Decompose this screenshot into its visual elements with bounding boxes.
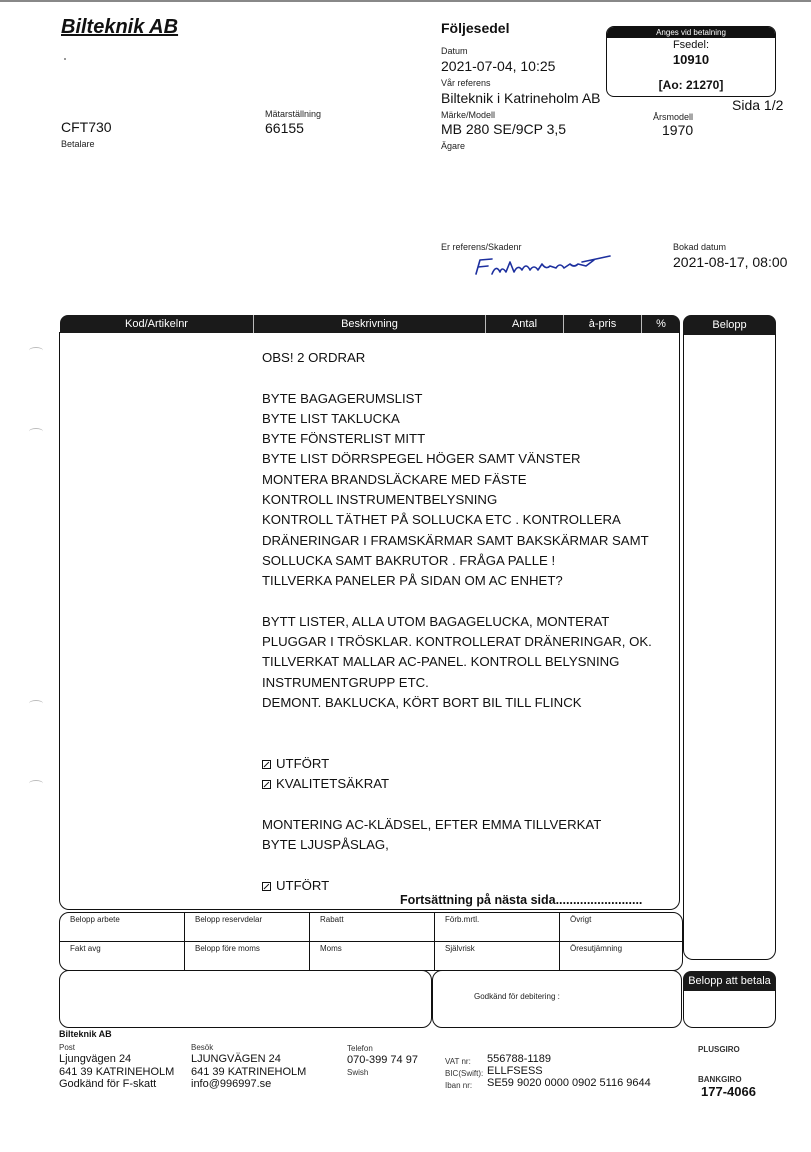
column-header-code: Kod/Artikelnr [60,315,254,333]
punch-mark [29,780,43,787]
description-lines: OBS! 2 ORDRARBYTE BAGAGERUMSLISTBYTE LIS… [262,348,682,896]
description-line [262,855,682,875]
description-text: BYTE LJUSPÅSLAG, [262,837,389,852]
description-line: UTFÖRT [262,754,682,774]
description-line: KONTROLL TÄTHET PÅ SOLLUCKA ETC . KONTRO… [262,510,682,530]
description-line: BYTE BAGAGERUMSLIST [262,389,682,409]
description-line: BYTE FÖNSTERLIST MITT [262,429,682,449]
punch-mark [29,428,43,435]
amount-column [683,334,776,960]
description-text: OBS! 2 ORDRAR [262,350,365,365]
phone-label: Telefon [347,1044,373,1053]
checked-box-icon [262,760,271,769]
description-line: KVALITETSÄKRAT [262,774,682,794]
amount-due-box [683,990,776,1028]
vat-label: Moms [310,942,435,971]
model-year-label: Årsmodell [653,112,693,122]
plusgiro-label: PLUSGIRO [698,1045,740,1054]
description-text: KONTROLL INSTRUMENTBELYSNING [262,492,497,507]
description-line [262,368,682,388]
email-link[interactable]: info@996997.se [191,1078,306,1091]
description-line: BYTT LISTER, ALLA UTOM BAGAGELUCKA, MONT… [262,612,682,632]
description-line: OBS! 2 ORDRAR [262,348,682,368]
continuation-note: Fortsättning på nästa sida..............… [400,893,642,907]
page-indicator: Sida 1/2 [732,97,783,113]
description-text: KVALITETSÄKRAT [276,776,389,791]
bankgiro-value: 177-4066 [701,1084,756,1099]
column-header-description: Beskrivning [254,315,486,333]
fsedel-number: 10910 [607,52,775,67]
handwritten-signature [470,252,620,282]
description-line: INSTRUMENTGRUPP ETC. [262,673,682,693]
odometer-value: 66155 [265,120,304,136]
description-line: TILLVERKAT MALLAR AC-PANEL. KONTROLL BEL… [262,652,682,672]
description-text: UTFÖRT [276,878,329,893]
description-text: MONTERING AC-KLÄDSEL, EFTER EMMA TILLVER… [262,817,601,832]
description-text: MONTERA BRANDSLÄCKARE MED FÄSTE [262,472,527,487]
amount-due-label: Belopp att betala [683,971,776,991]
description-line: PLUGGAR I TRÖSKLAR. KONTROLLERAT DRÄNERI… [262,632,682,652]
invoice-fee-label: Fakt avg [60,942,185,971]
description-line [262,713,682,733]
amount-before-vat-label: Belopp före moms [185,942,310,971]
bic-label: BIC(Swift): [445,1069,483,1078]
description-text: BYTE BAGAGERUMSLIST [262,391,423,406]
punch-mark [29,347,43,354]
description-text: BYTE LIST DÖRRSPEGEL HÖGER SAMT VÄNSTER [262,451,581,466]
our-reference-value: Bilteknik i Katrineholm AB [441,90,601,106]
bic-value: ELLFSESS [487,1065,543,1078]
description-text: PLUGGAR I TRÖSKLAR. KONTROLLERAT DRÄNERI… [262,634,652,649]
make-model-label: Märke/Modell [441,110,495,120]
make-model-value: MB 280 SE/9CP 3,5 [441,121,566,137]
model-year-value: 1970 [662,122,693,138]
footer-company: Bilteknik AB [59,1029,112,1039]
visit-label: Besök [191,1043,213,1052]
bankgiro-label: BANKGIRO [698,1075,742,1084]
description-line: BYTE LIST TAKLUCKA [262,409,682,429]
discount-label: Rabatt [310,913,435,942]
column-header-unit-price: à-pris [564,315,642,333]
description-line: TILLVERKA PANELER PÅ SIDAN OM AC ENHET? [262,571,682,591]
punch-mark [29,700,43,707]
description-line: DEMONT. BAKLUCKA, KÖRT BORT BIL TILL FLI… [262,693,682,713]
description-line: MONTERA BRANDSLÄCKARE MED FÄSTE [262,470,682,490]
visit-address: LJUNGVÄGEN 24 641 39 KATRINEHOLM info@99… [191,1053,306,1091]
iban-value: SE59 9020 0000 0902 5116 9644 [487,1077,651,1090]
total-labor-label: Belopp arbete [60,913,185,942]
date-value: 2021-07-04, 10:25 [441,58,555,74]
odometer-label: Mätarställning [265,109,321,119]
description-line: KONTROLL INSTRUMENTBELYSNING [262,490,682,510]
description-text: SOLLUCKA SAMT BAKRUTOR . FRÅGA PALLE ! [262,553,555,568]
description-line: BYTE LIST DÖRRSPEGEL HÖGER SAMT VÄNSTER [262,449,682,469]
table-header: Kod/Artikelnr Beskrivning Antal à-pris % [60,315,680,333]
company-name: Bilteknik AB [61,16,178,39]
description-text: KONTROLL TÄTHET PÅ SOLLUCKA ETC . KONTRO… [262,512,621,527]
f-tax-note: Godkänd för F-skatt [59,1078,174,1091]
column-header-amount: Belopp [683,315,776,335]
our-reference-label: Vår referens [441,78,491,88]
description-line [262,734,682,754]
your-reference-label: Er referens/Skadenr [441,242,522,252]
description-line: MONTERING AC-KLÄDSEL, EFTER EMMA TILLVER… [262,815,682,835]
totals-grid: Belopp arbete Belopp reservdelar Rabatt … [59,912,683,971]
post-line-1: Ljungvägen 24 [59,1053,174,1066]
vat-nr-value: 556788-1189 [487,1053,551,1066]
checked-box-icon [262,780,271,789]
swish-label: Swish [347,1068,368,1077]
total-parts-label: Belopp reservdelar [185,913,310,942]
registration-number: CFT730 [61,119,112,135]
approval-box-left [59,970,432,1028]
description-line [262,592,682,612]
description-text: DRÄNERINGAR I FRAMSKÄRMAR SAMT BAKSKÄRMA… [262,533,649,548]
booked-date-value: 2021-08-17, 08:00 [673,254,787,270]
description-text: BYTE LIST TAKLUCKA [262,411,400,426]
document-title: Följesedel [441,20,509,36]
description-text: TILLVERKA PANELER PÅ SIDAN OM AC ENHET? [262,573,563,588]
payment-box-heading: Anges vid betalning [607,27,775,38]
description-text: BYTE FÖNSTERLIST MITT [262,431,425,446]
work-order-number: [Ao: 21270] [607,78,775,92]
visit-line-2: 641 39 KATRINEHOLM [191,1066,306,1079]
visit-line-1: LJUNGVÄGEN 24 [191,1053,306,1066]
description-line: DRÄNERINGAR I FRAMSKÄRMAR SAMT BAKSKÄRMA… [262,531,682,551]
date-label: Datum [441,46,468,56]
description-text: DEMONT. BAKLUCKA, KÖRT BORT BIL TILL FLI… [262,695,582,710]
description-text: UTFÖRT [276,756,329,771]
column-header-percent: % [642,315,680,333]
description-line: SOLLUCKA SAMT BAKRUTOR . FRÅGA PALLE ! [262,551,682,571]
scan-speck [64,58,66,60]
post-address: Ljungvägen 24 641 39 KATRINEHOLM Godkänd… [59,1053,174,1091]
description-line [262,795,682,815]
description-text: TILLVERKAT MALLAR AC-PANEL. KONTROLL BEL… [262,654,619,669]
phone-value: 070-399 74 97 [347,1054,418,1067]
description-text: INSTRUMENTGRUPP ETC. [262,675,429,690]
vat-nr-label: VAT nr: [445,1057,471,1066]
column-header-quantity: Antal [486,315,564,333]
consumables-label: Förb.mrtl. [435,913,560,942]
rounding-label: Öresutjämning [560,942,682,971]
approval-label: Godkänd för debitering : [474,992,560,1001]
betalare-label: Betalare [61,139,95,149]
description-line: BYTE LJUSPÅSLAG, [262,835,682,855]
description-text: BYTT LISTER, ALLA UTOM BAGAGELUCKA, MONT… [262,614,609,629]
post-line-2: 641 39 KATRINEHOLM [59,1066,174,1079]
payment-reference-box: Anges vid betalning Fsedel: 10910 [Ao: 2… [606,26,776,97]
other-label: Övrigt [560,913,682,942]
owner-label: Ägare [441,141,465,151]
checked-box-icon [262,882,271,891]
fsedel-label: Fsedel: [607,39,775,51]
deductible-label: Självrisk [435,942,560,971]
post-label: Post [59,1043,75,1052]
iban-label: Iban nr: [445,1081,472,1090]
booked-date-label: Bokad datum [673,242,726,252]
